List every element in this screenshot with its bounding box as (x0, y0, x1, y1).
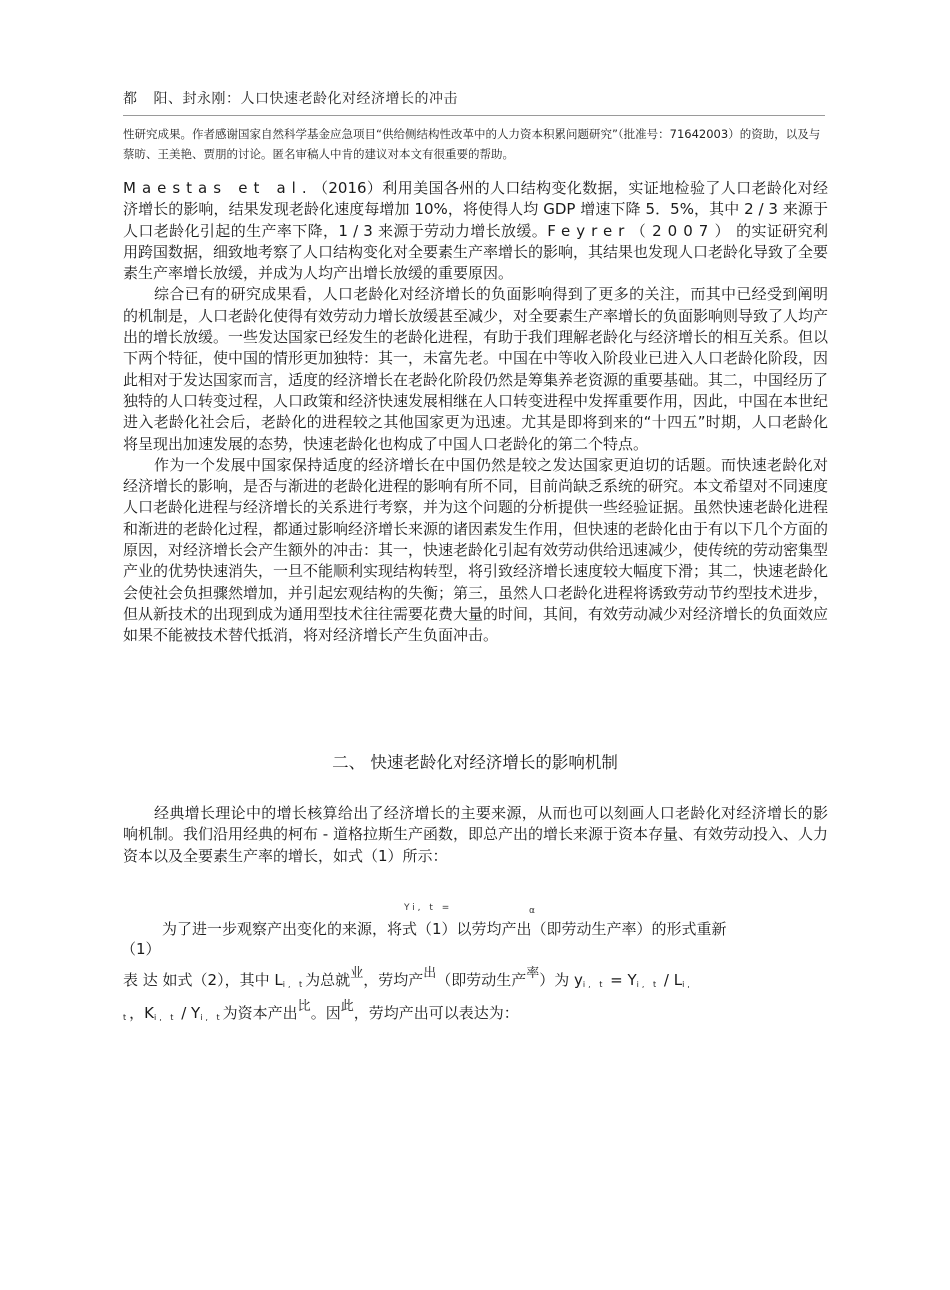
running-header: 都阳、封永刚：人口快速老龄化对经济增长的冲击 (123, 88, 458, 108)
text-run: （即劳动生产 (436, 971, 526, 989)
subscript: i, t (583, 980, 605, 989)
text-run: / Y (176, 1004, 200, 1022)
equation-1-alpha: α (529, 906, 538, 916)
text-run: ，K (129, 1004, 154, 1022)
text-run: ）为 y (539, 971, 583, 989)
citation-feyrer: Feyrer（2007） (547, 222, 736, 240)
body-text: Maestas et al.（2016）利用美国各州的人口结构变化数据，实证地检… (123, 178, 828, 647)
paragraph-1: Maestas et al.（2016）利用美国各州的人口结构变化数据，实证地检… (123, 178, 828, 284)
citation-maestas: Maestas et al. (123, 179, 313, 197)
paragraph-3: 作为一个发展中国家保持适度的经济增长在中国仍然是较之发达国家更迫切的话题。而快速… (123, 455, 828, 647)
footnote: 性研究成果。作者感谢国家自然科学基金应急项目“供给侧结构性改革中的人力资本积累问… (123, 124, 828, 164)
paragraph-5-line-3: t，Ki, t / Yi, t为资本产出比。因此，劳均产出可以表达为： (123, 995, 519, 1023)
subscript: i, t (154, 1013, 176, 1022)
section-heading: 二、 快速老龄化对经济增长的影响机制 (0, 749, 950, 773)
article-title: 人口快速老龄化对经济增长的冲击 (241, 91, 459, 107)
equation-1-label: （1） (121, 938, 161, 959)
section-title: 快速老龄化对经济增长的影响机制 (370, 753, 618, 772)
text-run: 表 达 如式（2），其中 L (123, 971, 283, 989)
subscript: i, t (283, 980, 305, 989)
superscript: 业 (350, 966, 363, 981)
superscript: 比 (298, 999, 311, 1014)
superscript: 出 (423, 966, 436, 981)
text-run: 为总就 (305, 971, 350, 989)
text-run: 为资本产出 (223, 1004, 298, 1022)
paragraph-5-line-2: 表 达 如式（2），其中 Li, t为总就业，劳均产出（即劳动生产率）为 yi,… (123, 962, 693, 990)
equation-1-lhs: Yi, t = (404, 903, 452, 913)
header-divider (123, 115, 825, 116)
paragraph-2: 综合已有的研究成果看，人口老龄化对经济增长的负面影响得到了更多的关注，而其中已经… (123, 284, 828, 454)
author-2: 阳、封永刚 (154, 91, 227, 107)
author-1: 都 (123, 91, 138, 107)
title-separator: ： (226, 91, 241, 107)
section-number: 二、 (332, 753, 365, 772)
subscript: i, t (200, 1013, 222, 1022)
section-body: 经典增长理论中的增长核算给出了经济增长的主要来源，从而也可以刻画人口老龄化对经济… (123, 803, 828, 867)
paper-page: 都阳、封永刚：人口快速老龄化对经济增长的冲击 性研究成果。作者感谢国家自然科学基… (0, 0, 950, 1290)
text-run: / L (659, 971, 682, 989)
superscript: 此 (341, 999, 354, 1014)
text-run: ，劳均产 (363, 971, 423, 989)
text-run: 。因 (311, 1004, 341, 1022)
subscript: i, (682, 980, 693, 989)
subscript: i, t (637, 980, 659, 989)
paragraph-5-line-1: 为了进一步观察产出变化的来源，将式（1）以劳均产出（即劳动生产率）的形式重新 (162, 918, 727, 939)
paragraph-4: 经典增长理论中的增长核算给出了经济增长的主要来源，从而也可以刻画人口老龄化对经济… (123, 803, 828, 867)
text-run: = Y (605, 971, 636, 989)
superscript: 率 (526, 966, 539, 981)
text-run: ，劳均产出可以表达为： (354, 1004, 519, 1022)
